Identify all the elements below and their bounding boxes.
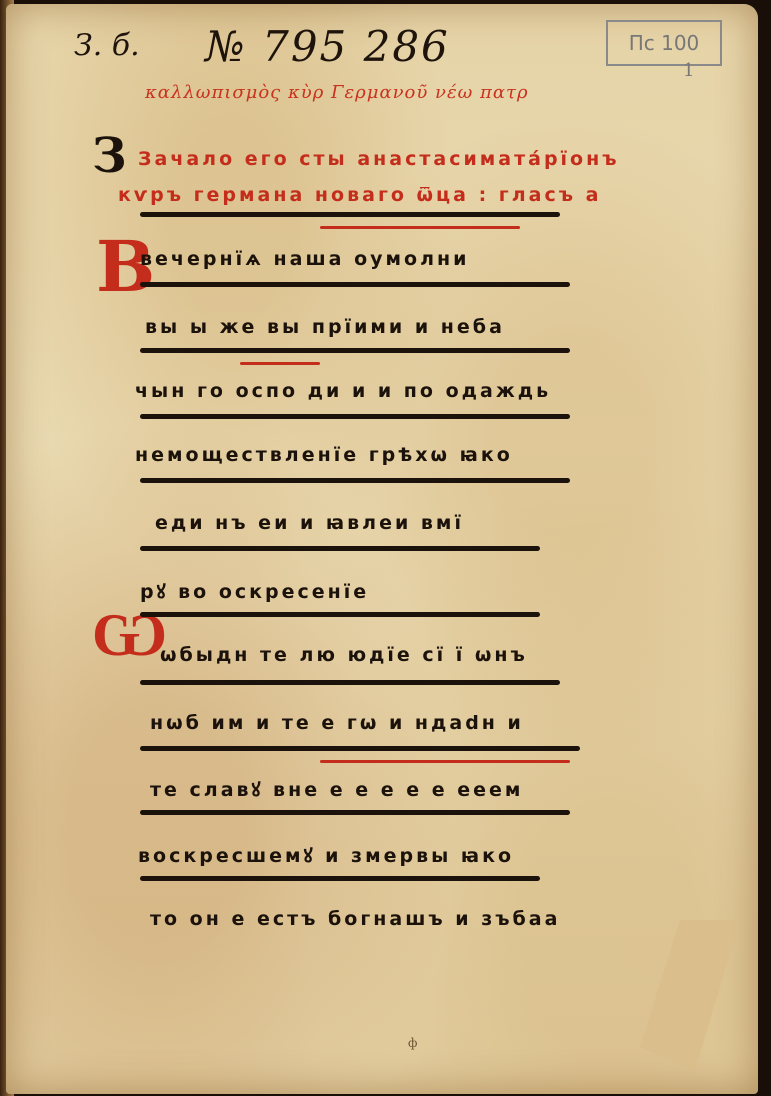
text-line-8: нѡб им и те е гѡ и ндаdн и [150, 712, 771, 734]
initial-z: З [92, 128, 127, 184]
neume-row [140, 810, 580, 832]
neume-row [140, 348, 580, 370]
neume-row [140, 680, 580, 702]
neume-row [140, 612, 580, 634]
library-stamp-sub: 1 [683, 60, 694, 81]
shelfmark-prefix: З. б. [74, 28, 140, 63]
neume-row [140, 546, 580, 568]
text-line-2: вы ы же вы прїими и неба [145, 316, 771, 338]
text-line-10: воскресшемꙋ и змервы ꙗко [138, 842, 771, 868]
neume-row [140, 414, 580, 436]
title-line-2: кѵръ германа новаго ѿца : гласъ а [118, 184, 771, 206]
text-line-1: вечернїѧ наша оумолни [140, 248, 771, 270]
text-line-7: ѡбыдн те лю юдїе сї ї ѡнъ [160, 644, 771, 666]
title-line-1: Зачало его сты анастасимата́рїонъ [138, 148, 771, 170]
neume-row [140, 876, 580, 898]
neume-row [140, 746, 580, 768]
text-line-4: немоществленїе грѣхѡ ꙗко [135, 444, 771, 466]
text-line-11: то он е естъ богнашъ и зъбаа [150, 908, 771, 930]
greek-heading: καλλωπισμὸς κὺρ Γερμανοῦ νέω πατρ [145, 82, 529, 103]
neume-row [140, 212, 580, 234]
text-line-6: рꙋ во оскресенїе [140, 578, 771, 604]
initial-o: Ѡ [92, 600, 167, 670]
neume-row [140, 282, 580, 304]
text-line-5: еди нъ еи и ꙗвлеи вмї [155, 512, 771, 534]
shelfmark-number: № 795 286 [205, 22, 450, 71]
library-stamp: Пс 100 [606, 20, 722, 66]
folio-mark: ф [408, 1036, 417, 1050]
text-line-9: те славꙋ вне е е е е е ееем [150, 776, 771, 802]
neume-row [140, 478, 580, 500]
text-line-3: чын го оспо ди и и по одаждь [135, 380, 771, 402]
